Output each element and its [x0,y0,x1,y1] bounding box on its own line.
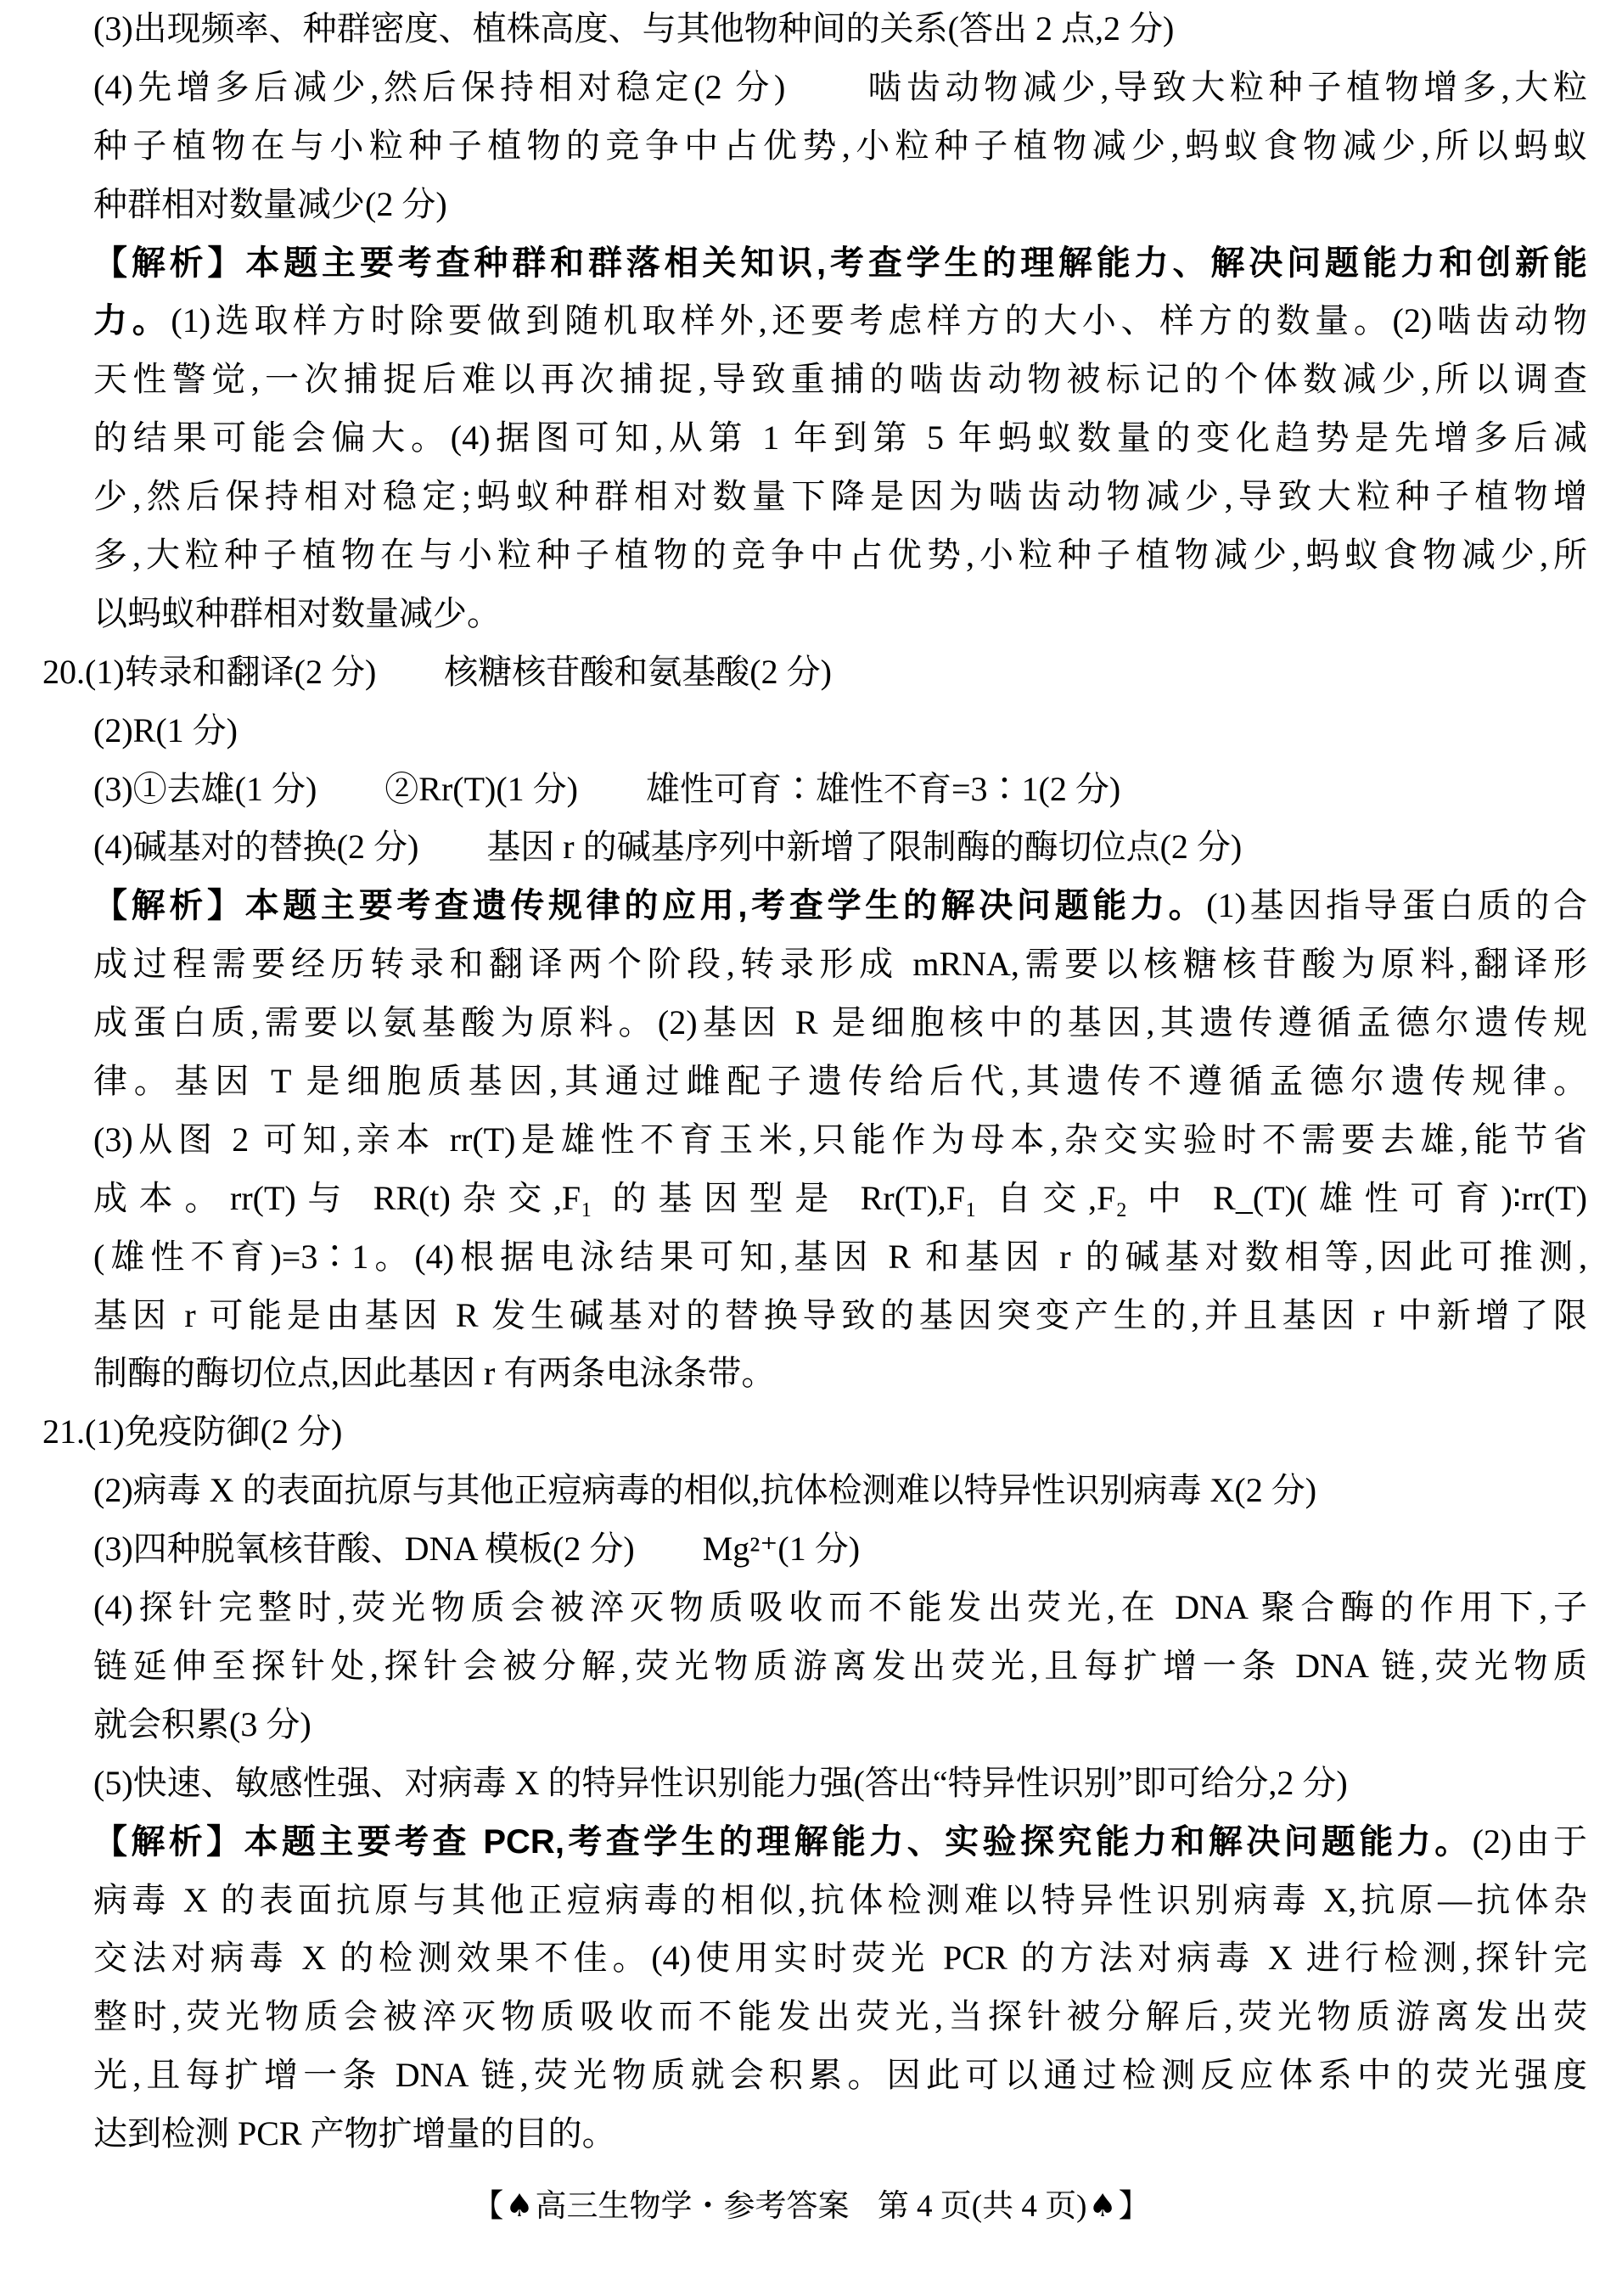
body-text: (4)探针完整时,荧光物质会被淬灭物质吸收而不能发出荧光,在 DNA 聚合酶的作… [93,1588,1587,1626]
body-text: (1)基因指导蛋白质的合 [1206,886,1587,924]
body-text: (4)先增多后减少,然后保持相对稳定(2 分) 啮齿动物减少,导致大粒种子植物增… [93,68,1587,106]
text-line: 成过程需要经历转录和翻译两个阶段,转录形成 mRNA,需要以核糖核苷酸为原料,翻… [0,935,1622,994]
body-text: 少,然后保持相对稳定;蚂蚁种群相对数量下降是因为啮齿动物减少,导致大粒种子植物增 [93,477,1587,515]
body-text: 21.(1)免疫防御(2 分) [42,1412,342,1451]
body-text: 整时,荧光物质会被淬灭物质吸收而不能发出荧光,当探针被分解后,荧光物质游离发出荧 [93,1997,1587,2035]
body-text: 的结果可能会偏大。(4)据图可知,从第 1 年到第 5 年蚂蚁数量的变化趋势是先… [93,418,1587,457]
body-text: 基因 r 可能是由基因 R 发生碱基对的替换导致的基因突变产生的,并且基因 r … [93,1296,1587,1334]
body-text: (3)出现频率、种群密度、植株高度、与其他物种间的关系(答出 2 点,2 分) [93,9,1174,48]
body-text: 种群相对数量减少(2 分) [93,185,447,223]
text-line: 成本。rr(T)与 RR(t)杂交,F₁ 的基因型是 Rr(T),F₁ 自交,F… [0,1170,1622,1228]
body-text: 多,大粒种子植物在与小粒种子植物的竞争中占优势,小粒种子植物减少,蚂蚁食物减少,… [93,536,1587,574]
text-line: (2)R(1 分) [0,702,1622,761]
body-text: 律。基因 T 是细胞质基因,其通过雌配子遗传给后代,其遗传不遵循孟德尔遗传规律。 [93,1062,1587,1100]
text-line: 整时,荧光物质会被淬灭物质吸收而不能发出荧光,当探针被分解后,荧光物质游离发出荧 [0,1988,1622,2046]
text-line: (3)四种脱氧核苷酸、DNA 模板(2 分) Mg²⁺(1 分) [0,1520,1622,1579]
text-line: 病毒 X 的表面抗原与其他正痘病毒的相似,抗体检测难以特异性识别病毒 X,抗原—… [0,1872,1622,1930]
text-lines: (3)出现频率、种群密度、植株高度、与其他物种间的关系(答出 2 点,2 分)(… [0,0,1622,2164]
text-line: 链延伸至探针处,探针会被分解,荧光物质游离发出荧光,且每扩增一条 DNA 链,荧… [0,1637,1622,1696]
text-line: 种群相对数量减少(2 分) [0,176,1622,234]
text-line: 【解析】本题主要考查种群和群落相关知识,考查学生的理解能力、解决问题能力和创新能 [0,234,1622,293]
analysis-bold-text: 【解析】本题主要考查 PCR,考查学生的理解能力、实验探究能力和解决问题能力。 [93,1823,1473,1861]
footer-title: 高三生物学・参考答案 [536,2189,850,2224]
body-text: (雄性不育)=3∶1。(4)根据电泳结果可知,基因 R 和基因 r 的碱基对数相… [93,1238,1587,1276]
text-line: 天性警觉,一次捕捉后难以再次捕捉,导致重捕的啮齿动物被标记的个体数减少,所以调查 [0,351,1622,409]
spade-icon: ♠ [1086,2187,1118,2224]
body-text: 就会积累(3 分) [93,1705,311,1743]
text-line: 交法对病毒 X 的检测效果不佳。(4)使用实时荧光 PCR 的方法对病毒 X 进… [0,1929,1622,1988]
text-line: (2)病毒 X 的表面抗原与其他正痘病毒的相似,抗体检测难以特异性识别病毒 X(… [0,1462,1622,1520]
text-line: (3)从图 2 可知,亲本 rr(T)是雄性不育玉米,只能作为母本,杂交实验时不… [0,1111,1622,1170]
body-text: 交法对病毒 X 的检测效果不佳。(4)使用实时荧光 PCR 的方法对病毒 X 进… [93,1939,1587,1977]
body-text: 链延伸至探针处,探针会被分解,荧光物质游离发出荧光,且每扩增一条 DNA 链,荧… [93,1647,1587,1685]
body-text: (5)快速、敏感性强、对病毒 X 的特异性识别能力强(答出“特异性识别”即可给分… [93,1764,1348,1802]
body-text: 成本。rr(T)与 RR(t)杂交,F₁ 的基因型是 Rr(T),F₁ 自交,F… [93,1179,1587,1217]
body-text: (1)选取样方时除要做到随机取样外,还要考虑样方的大小、样方的数量。(2)啮齿动… [171,301,1587,340]
text-line: (4)碱基对的替换(2 分) 基因 r 的碱基序列中新增了限制酶的酶切位点(2 … [0,818,1622,877]
text-line: 的结果可能会偏大。(4)据图可知,从第 1 年到第 5 年蚂蚁数量的变化趋势是先… [0,409,1622,468]
text-line: 多,大粒种子植物在与小粒种子植物的竞争中占优势,小粒种子植物减少,蚂蚁食物减少,… [0,526,1622,585]
body-text: (3)四种脱氧核苷酸、DNA 模板(2 分) Mg²⁺(1 分) [93,1530,860,1568]
text-line: 【解析】本题主要考查 PCR,考查学生的理解能力、实验探究能力和解决问题能力。(… [0,1813,1622,1872]
analysis-bold-text: 【解析】本题主要考查遗传规律的应用,考查学生的解决问题能力。 [93,887,1206,924]
text-line: 种子植物在与小粒种子植物的竞争中占优势,小粒种子植物减少,蚂蚁食物减少,所以蚂蚁 [0,117,1622,176]
answer-sheet-page: (3)出现频率、种群密度、植株高度、与其他物种间的关系(答出 2 点,2 分)(… [0,0,1622,2296]
body-text: 病毒 X 的表面抗原与其他正痘病毒的相似,抗体检测难以特异性识别病毒 X,抗原—… [93,1881,1587,1919]
analysis-bold-text: 力。 [93,302,171,340]
body-text: (2)病毒 X 的表面抗原与其他正痘病毒的相似,抗体检测难以特异性识别病毒 X(… [93,1471,1316,1509]
body-text: 以蚂蚁种群相对数量减少。 [93,594,501,632]
body-text: 成过程需要经历转录和翻译两个阶段,转录形成 mRNA,需要以核糖核苷酸为原料,翻… [93,945,1587,983]
analysis-bold-text: 【解析】本题主要考查种群和群落相关知识,考查学生的理解能力、解决问题能力和创新能 [93,244,1587,282]
footer-page-info: 第 4 页(共 4 页) [878,2189,1087,2224]
text-line: (雄性不育)=3∶1。(4)根据电泳结果可知,基因 R 和基因 r 的碱基对数相… [0,1228,1622,1287]
body-text: 达到检测 PCR 产物扩增量的目的。 [93,2114,616,2153]
body-text: (3)从图 2 可知,亲本 rr(T)是雄性不育玉米,只能作为母本,杂交实验时不… [93,1120,1587,1159]
text-line: 律。基因 T 是细胞质基因,其通过雌配子遗传给后代,其遗传不遵循孟德尔遗传规律。 [0,1053,1622,1111]
text-line: (4)先增多后减少,然后保持相对稳定(2 分) 啮齿动物减少,导致大粒种子植物增… [0,59,1622,117]
text-line: 达到检测 PCR 产物扩增量的目的。 [0,2105,1622,2164]
text-line: (4)探针完整时,荧光物质会被淬灭物质吸收而不能发出荧光,在 DNA 聚合酶的作… [0,1579,1622,1637]
footer-close-bracket: 】 [1119,2189,1150,2224]
text-line: (3)①去雄(1 分) ②Rr(T)(1 分) 雄性可育∶雄性不育=3∶1(2 … [0,761,1622,819]
text-line: 基因 r 可能是由基因 R 发生碱基对的替换导致的基因突变产生的,并且基因 r … [0,1287,1622,1345]
text-line: 力。(1)选取样方时除要做到随机取样外,还要考虑样方的大小、样方的数量。(2)啮… [0,292,1622,351]
text-line: 21.(1)免疫防御(2 分) [0,1403,1622,1462]
body-text: 光,且每扩增一条 DNA 链,荧光物质就会积累。因此可以通过检测反应体系中的荧光… [93,2056,1587,2094]
body-text: 制酶的酶切位点,因此基因 r 有两条电泳条带。 [93,1354,775,1392]
text-line: (5)快速、敏感性强、对病毒 X 的特异性识别能力强(答出“特异性识别”即可给分… [0,1754,1622,1813]
text-line: 以蚂蚁种群相对数量减少。 [0,585,1622,643]
spade-icon: ♠ [503,2187,535,2224]
text-line: 光,且每扩增一条 DNA 链,荧光物质就会积累。因此可以通过检测反应体系中的荧光… [0,2046,1622,2105]
body-text: 种子植物在与小粒种子植物的竞争中占优势,小粒种子植物减少,蚂蚁食物减少,所以蚂蚁 [93,126,1587,165]
page-footer: 【♠高三生物学・参考答案第 4 页(共 4 页)♠】 [0,2181,1622,2231]
text-line: 少,然后保持相对稳定;蚂蚁种群相对数量下降是因为啮齿动物减少,导致大粒种子植物增 [0,468,1622,526]
body-text: 20.(1)转录和翻译(2 分) 核糖核苷酸和氨基酸(2 分) [42,653,832,691]
body-text: (3)①去雄(1 分) ②Rr(T)(1 分) 雄性可育∶雄性不育=3∶1(2 … [93,770,1120,808]
text-line: 【解析】本题主要考查遗传规律的应用,考查学生的解决问题能力。(1)基因指导蛋白质… [0,877,1622,935]
body-text: 天性警觉,一次捕捉后难以再次捕捉,导致重捕的啮齿动物被标记的个体数减少,所以调查 [93,360,1587,398]
body-text: (4)碱基对的替换(2 分) 基因 r 的碱基序列中新增了限制酶的酶切位点(2 … [93,828,1242,866]
text-line: 成蛋白质,需要以氨基酸为原料。(2)基因 R 是细胞核中的基因,其遗传遵循孟德尔… [0,994,1622,1053]
exam-answer-page: { "document": { "footer": { "open_bracke… [0,0,1622,2296]
text-line: 制酶的酶切位点,因此基因 r 有两条电泳条带。 [0,1344,1622,1403]
text-line: (3)出现频率、种群密度、植株高度、与其他物种间的关系(答出 2 点,2 分) [0,0,1622,59]
body-text: (2)由于 [1473,1822,1587,1861]
text-line: 就会积累(3 分) [0,1696,1622,1754]
body-text: 成蛋白质,需要以氨基酸为原料。(2)基因 R 是细胞核中的基因,其遗传遵循孟德尔… [93,1003,1587,1041]
text-line: 20.(1)转录和翻译(2 分) 核糖核苷酸和氨基酸(2 分) [0,643,1622,702]
footer-open-bracket: 【 [472,2189,503,2224]
body-text: (2)R(1 分) [93,711,238,749]
